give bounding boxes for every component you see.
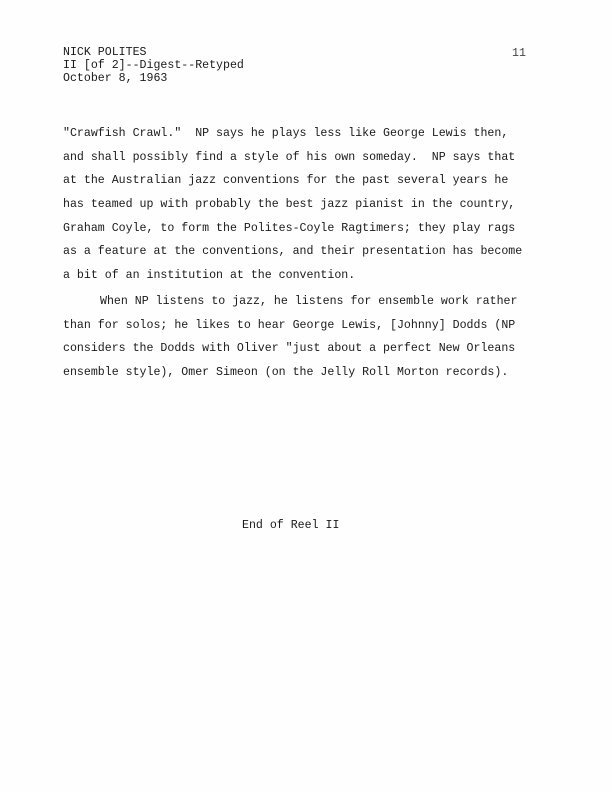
text-line: than for solos; he likes to hear George … — [63, 314, 543, 338]
document-header: NICK POLITES II [of 2]--Digest--Retyped … — [63, 46, 244, 85]
paragraph-2: When NP listens to jazz, he listens for … — [63, 290, 543, 385]
text-line: considers the Dodds with Oliver "just ab… — [63, 337, 543, 361]
text-line: and shall possibly find a style of his o… — [63, 146, 543, 170]
text-line: has teamed up with probably the best jaz… — [63, 193, 543, 217]
interviewee-name: NICK POLITES — [63, 46, 244, 59]
reel-info: II [of 2]--Digest--Retyped — [63, 59, 244, 72]
end-of-reel-note: End of Reel II — [242, 519, 339, 532]
document-page: NICK POLITES II [of 2]--Digest--Retyped … — [0, 0, 612, 792]
text-line: ensemble style), Omer Simeon (on the Jel… — [63, 361, 543, 385]
text-line: at the Australian jazz conventions for t… — [63, 169, 543, 193]
paragraph-1: "Crawfish Crawl." NP says he plays less … — [63, 122, 543, 288]
text-line: "Crawfish Crawl." NP says he plays less … — [63, 122, 543, 146]
text-line: as a feature at the conventions, and the… — [63, 240, 543, 264]
text-line: a bit of an institution at the conventio… — [63, 264, 543, 288]
page-number: 11 — [512, 47, 526, 60]
interview-date: October 8, 1963 — [63, 72, 244, 85]
text-line: Graham Coyle, to form the Polites-Coyle … — [63, 217, 543, 241]
document-body: "Crawfish Crawl." NP says he plays less … — [63, 122, 543, 385]
text-line: When NP listens to jazz, he listens for … — [63, 290, 543, 314]
